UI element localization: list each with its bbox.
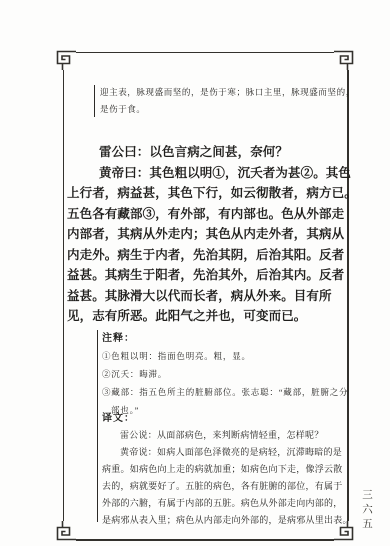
text-line: 益甚。其病生于阳者，先治其外，后治其内。反者 — [67, 265, 349, 286]
page-number: 三六五 — [359, 489, 374, 533]
text-line: 益甚。其脉滑大以代而长者，病从外来。目有所 — [67, 286, 349, 307]
text-line: 五色各有藏部③，有外部，有内部也。色从外部走 — [67, 204, 349, 225]
notes-translation-rule — [97, 330, 98, 522]
corner-ornament-icon — [56, 50, 76, 70]
corner-ornament-icon — [334, 50, 354, 70]
text-line: ②沉夭：晦滞。 — [102, 365, 348, 383]
text-line: 迎主表，脉现盛而坚的，是伤于寒；脉口主里，脉现盛而坚的， — [100, 84, 350, 101]
main-text-block: 雷公曰：以色言病之间甚，奈何？黄帝曰：其色粗以明①，沉夭者为甚②。其色上行者，病… — [67, 142, 349, 327]
text-line: 部也。” — [102, 401, 348, 419]
text-line: ③藏部：指五色所主的脏腑部位。张志聪：“藏部，脏腑之分 — [102, 383, 348, 401]
translation-label: 译文： — [102, 409, 135, 424]
text-line: 雷公说：从面部病色，来判断病情轻重，怎样呢？ — [102, 427, 350, 444]
carryover-text-block: 迎主表，脉现盛而坚的，是伤于寒；脉口主里，脉现盛而坚的，是伤于食。 — [100, 84, 350, 118]
text-line: 黄帝曰：其色粗以明①，沉夭者为甚②。其色 — [67, 163, 349, 184]
text-line: 见，志有所恶。此阳气之并也，可变而已。 — [67, 306, 349, 327]
notes-block: ①色粗以明：指面色明亮。粗，显。②沉夭：晦滞。③藏部：指五色所主的脏腑部位。张志… — [102, 347, 348, 419]
translation-block: 雷公说：从面部病色，来判断病情轻重，怎样呢？黄帝说：如病人面部色泽微亮的是病轻，… — [102, 427, 350, 529]
text-line: 上行者，病益甚，其色下行，如云彻散者，病方已。 — [67, 183, 349, 204]
text-line: 黄帝说：如病人面部色泽微亮的是病轻，沉滞晦暗的是 — [102, 444, 350, 461]
text-line: 雷公曰：以色言病之间甚，奈何？ — [67, 142, 349, 163]
text-line: 去的，病就要好了。五脏的病色，各有脏腑的部位，有属于 — [102, 478, 350, 495]
text-line: 外部的六腑，有属于内部的五脏。病色从外部走向内部的， — [102, 495, 350, 512]
corner-ornament-icon — [56, 521, 76, 541]
text-line: 是病邪从表入里；病色从内部走向外部的，是病邪从里出表。 — [102, 512, 350, 529]
text-line: 内走外。病生于内者，先治其阴，后治其阳。反者 — [67, 245, 349, 266]
frame-bottom-border — [76, 539, 334, 541]
text-line: 病重。如病色向上走的病就加重；如病色向下走，像浮云散 — [102, 461, 350, 478]
notes-label: 注释： — [102, 329, 135, 344]
text-line: ①色粗以明：指面色明亮。粗，显。 — [102, 347, 348, 365]
carryover-rule — [94, 85, 95, 117]
text-line: 是伤于食。 — [100, 101, 350, 118]
text-line: 内部者，其病从外走内；其色从内走外者，其病从 — [67, 224, 349, 245]
frame-top-border — [76, 52, 334, 54]
frame-left-border — [63, 70, 65, 521]
